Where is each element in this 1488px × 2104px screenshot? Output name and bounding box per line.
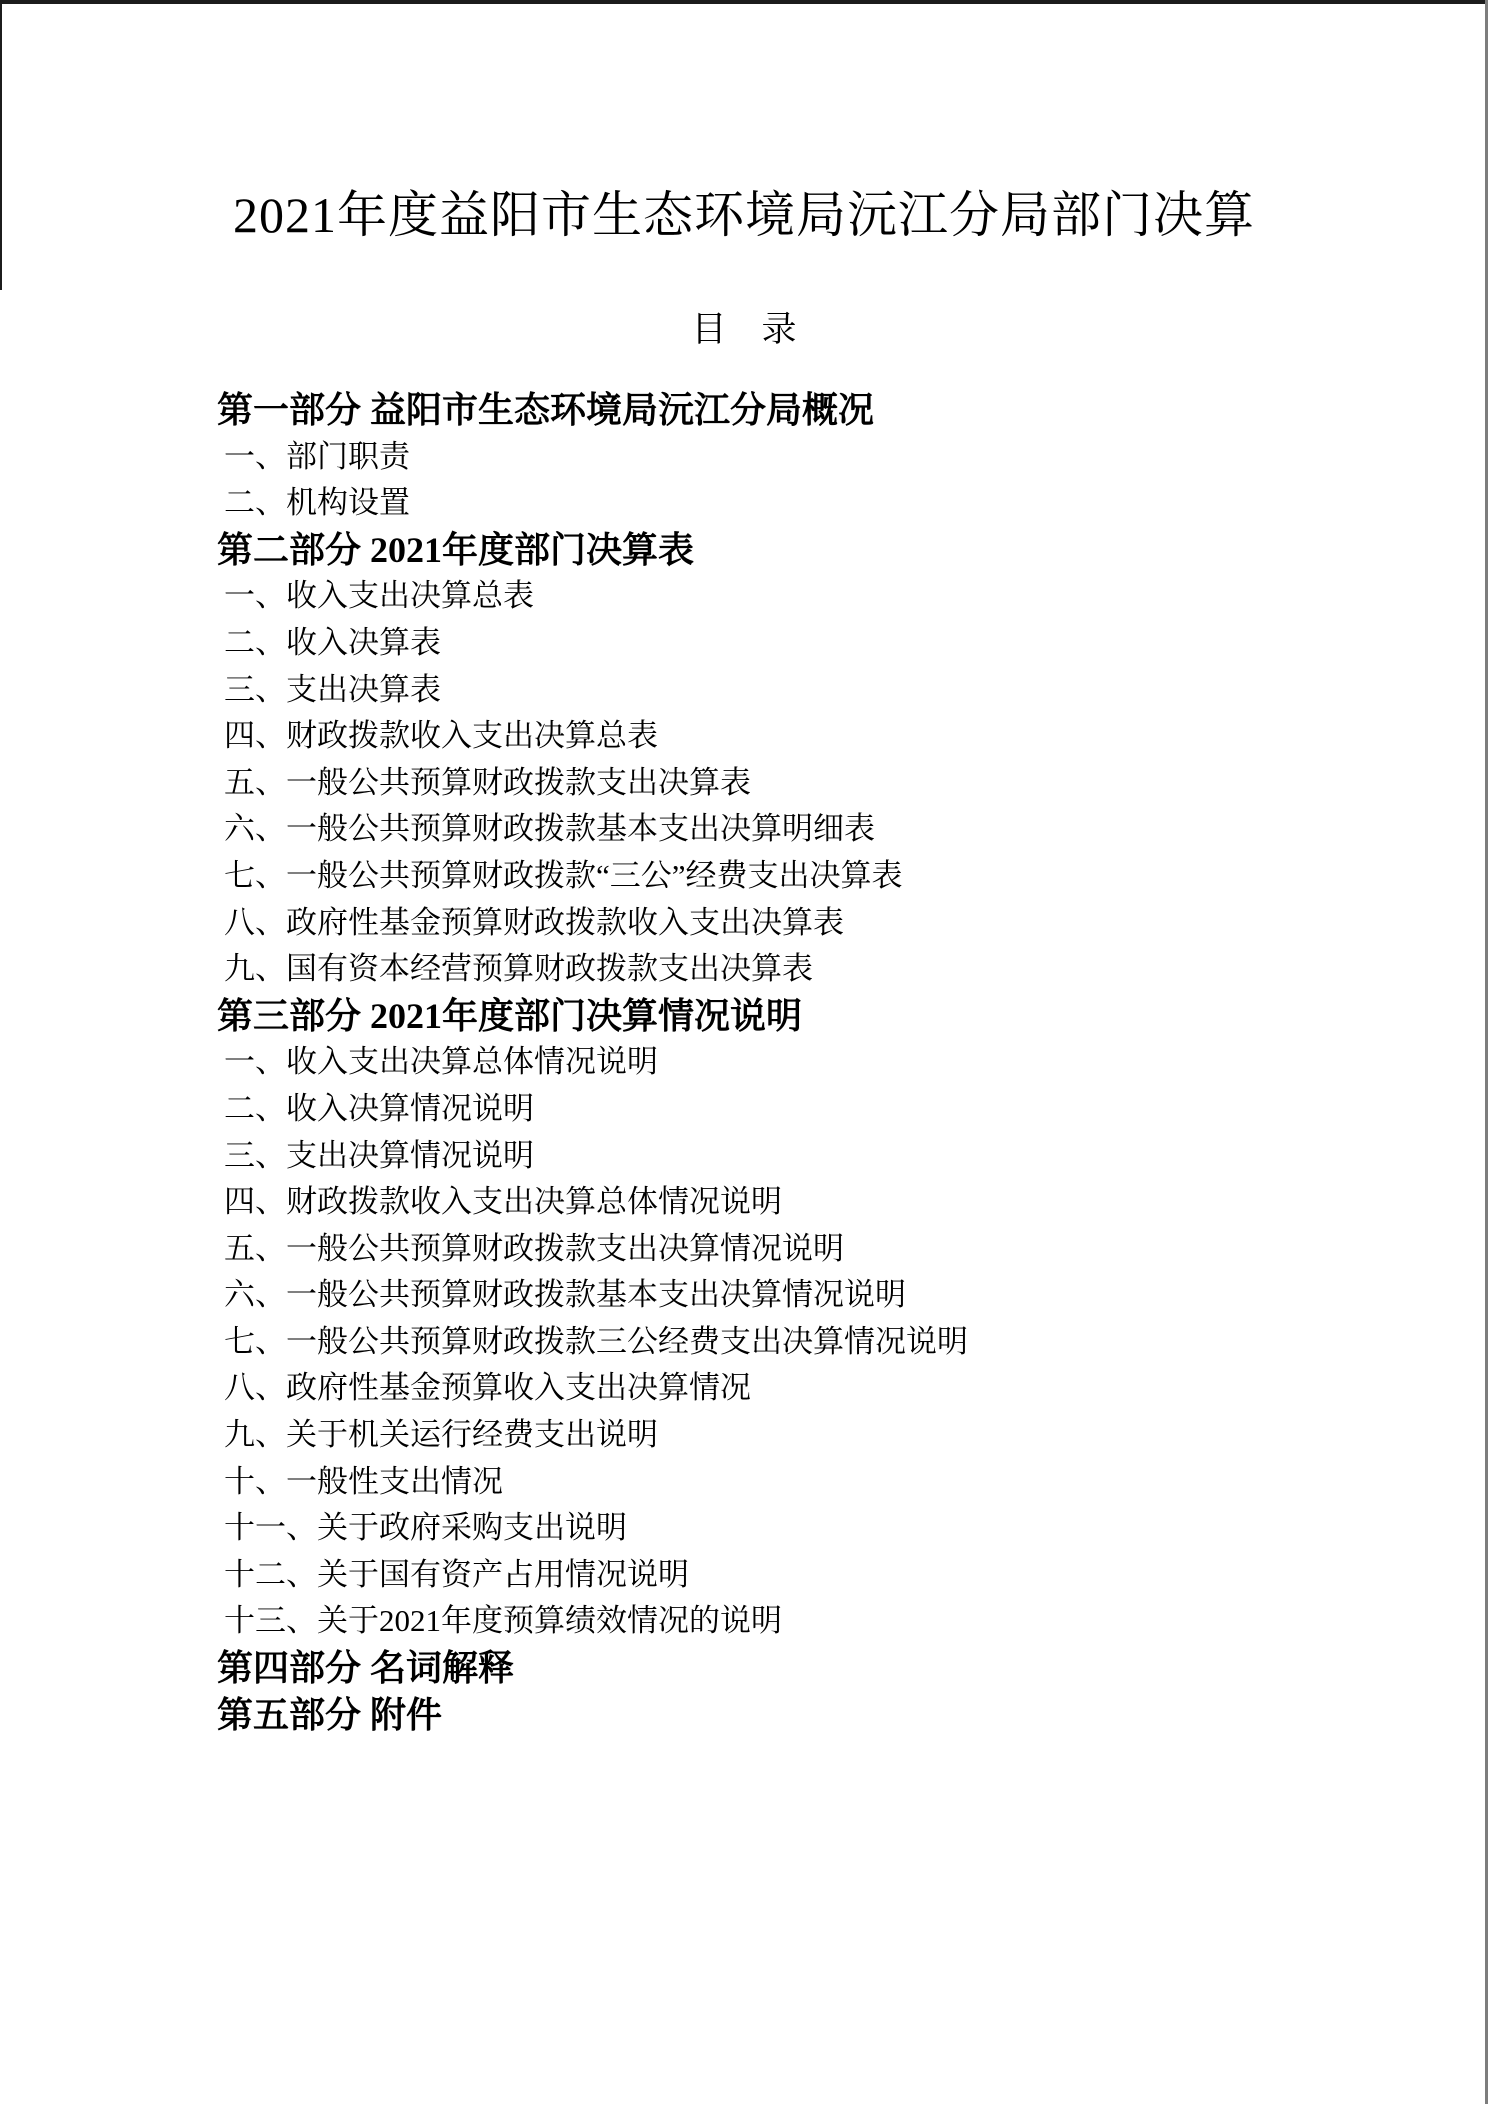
document-title: 2021年度益阳市生态环境局沅江分局部门决算 — [0, 188, 1488, 243]
toc-item: 五、一般公共预算财政拨款支出决算情况说明 — [217, 1226, 1408, 1273]
toc-item: 八、政府性基金预算收入支出决算情况 — [217, 1365, 1408, 1412]
toc-section-heading: 第四部分 名词解释 — [217, 1645, 1408, 1692]
toc-item: 十、一般性支出情况 — [217, 1459, 1408, 1506]
toc-item: 二、机构设置 — [217, 480, 1408, 527]
toc-item: 二、收入决算表 — [217, 620, 1408, 667]
toc-item: 三、支出决算表 — [217, 667, 1408, 714]
toc-item: 一、部门职责 — [217, 434, 1408, 481]
toc-section-heading: 第一部分 益阳市生态环境局沅江分局概况 — [217, 387, 1408, 434]
toc-item: 三、支出决算情况说明 — [217, 1133, 1408, 1180]
toc-item: 七、一般公共预算财政拨款三公经费支出决算情况说明 — [217, 1319, 1408, 1366]
toc-item: 四、财政拨款收入支出决算总表 — [217, 713, 1408, 760]
toc-item: 八、政府性基金预算财政拨款收入支出决算表 — [217, 900, 1408, 947]
toc-item: 十一、关于政府采购支出说明 — [217, 1505, 1408, 1552]
toc-item: 四、财政拨款收入支出决算总体情况说明 — [217, 1179, 1408, 1226]
toc-item: 二、收入决算情况说明 — [217, 1086, 1408, 1133]
page-left-edge-line — [0, 0, 2, 290]
toc-section-heading: 第三部分 2021年度部门决算情况说明 — [217, 993, 1408, 1040]
toc-item: 一、收入支出决算总体情况说明 — [217, 1039, 1408, 1086]
toc-item: 十三、关于2021年度预算绩效情况的说明 — [217, 1598, 1408, 1645]
toc-item: 九、国有资本经营预算财政拨款支出决算表 — [217, 946, 1408, 993]
toc-item: 五、一般公共预算财政拨款支出决算表 — [217, 760, 1408, 807]
toc-item: 一、收入支出决算总表 — [217, 573, 1408, 620]
toc-item: 六、一般公共预算财政拨款基本支出决算情况说明 — [217, 1272, 1408, 1319]
toc-heading: 目 录 — [0, 311, 1488, 350]
toc-item: 十二、关于国有资产占用情况说明 — [217, 1552, 1408, 1599]
toc-item: 六、一般公共预算财政拨款基本支出决算明细表 — [217, 806, 1408, 853]
document-page: 2021年度益阳市生态环境局沅江分局部门决算 目 录 第一部分 益阳市生态环境局… — [0, 0, 1488, 2104]
page-top-edge-line — [0, 0, 1488, 4]
toc-section-heading: 第二部分 2021年度部门决算表 — [217, 527, 1408, 574]
toc-item: 七、一般公共预算财政拨款“三公”经费支出决算表 — [217, 853, 1408, 900]
toc: 第一部分 益阳市生态环境局沅江分局概况一、部门职责二、机构设置第二部分 2021… — [217, 387, 1408, 1738]
toc-item: 九、关于机关运行经费支出说明 — [217, 1412, 1408, 1459]
toc-section-heading: 第五部分 附件 — [217, 1692, 1408, 1739]
